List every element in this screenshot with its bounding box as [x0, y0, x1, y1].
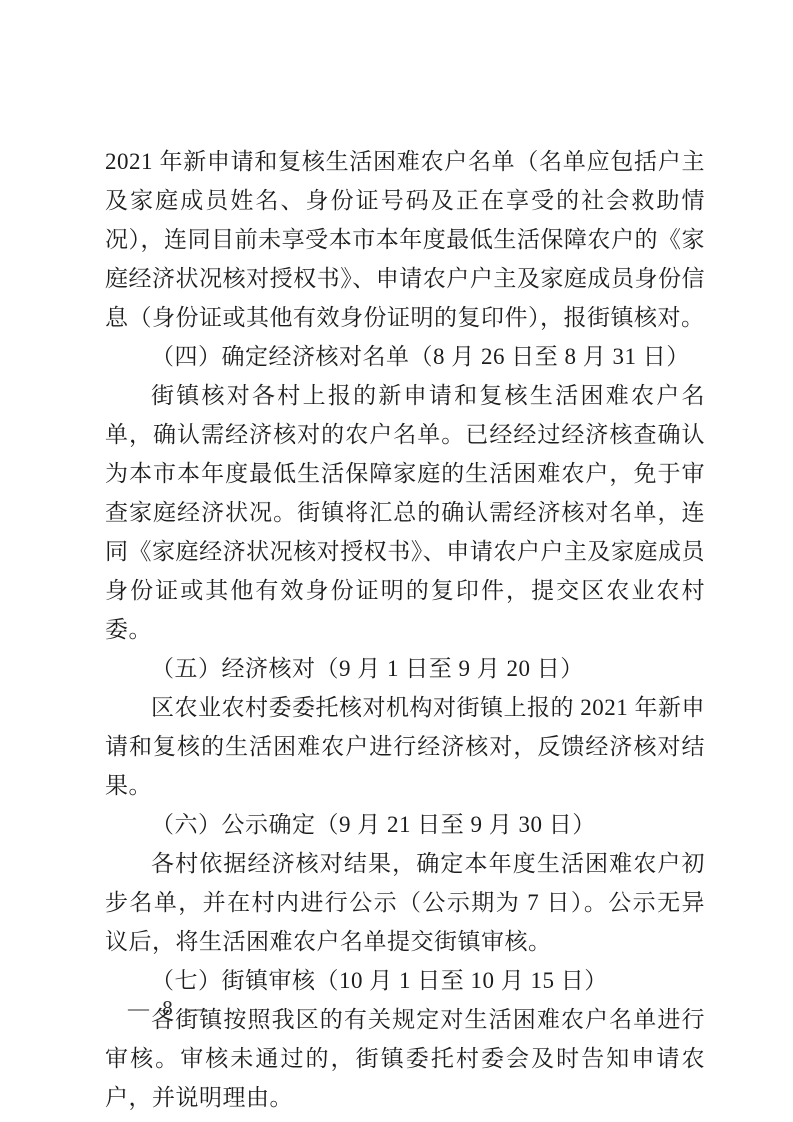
paragraph: 街镇核对各村上报的新申请和复核生活困难农户名单，确认需经济核对的农户名单。已经经… — [105, 376, 705, 649]
section-heading: （四）确定经济核对名单（8 月 26 日至 8 月 31 日） — [105, 337, 705, 376]
section-heading: （六）公示确定（9 月 21 日至 9 月 30 日） — [105, 805, 705, 844]
section-heading: （五）经济核对（9 月 1 日至 9 月 20 日） — [105, 649, 705, 688]
page-number: — 8 — — [128, 994, 211, 1022]
document-body: 2021 年新申请和复核生活困难农户名单（名单应包括户主及家庭成员姓名、身份证号… — [105, 142, 705, 1117]
paragraph: 区农业农村委委托核对机构对街镇上报的 2021 年新申请和复核的生活困难农户进行… — [105, 688, 705, 805]
document-page: 2021 年新申请和复核生活困难农户名单（名单应包括户主及家庭成员姓名、身份证号… — [0, 0, 793, 1122]
paragraph: 2021 年新申请和复核生活困难农户名单（名单应包括户主及家庭成员姓名、身份证号… — [105, 142, 705, 337]
paragraph: 各村依据经济核对结果，确定本年度生活困难农户初步名单，并在村内进行公示（公示期为… — [105, 844, 705, 961]
